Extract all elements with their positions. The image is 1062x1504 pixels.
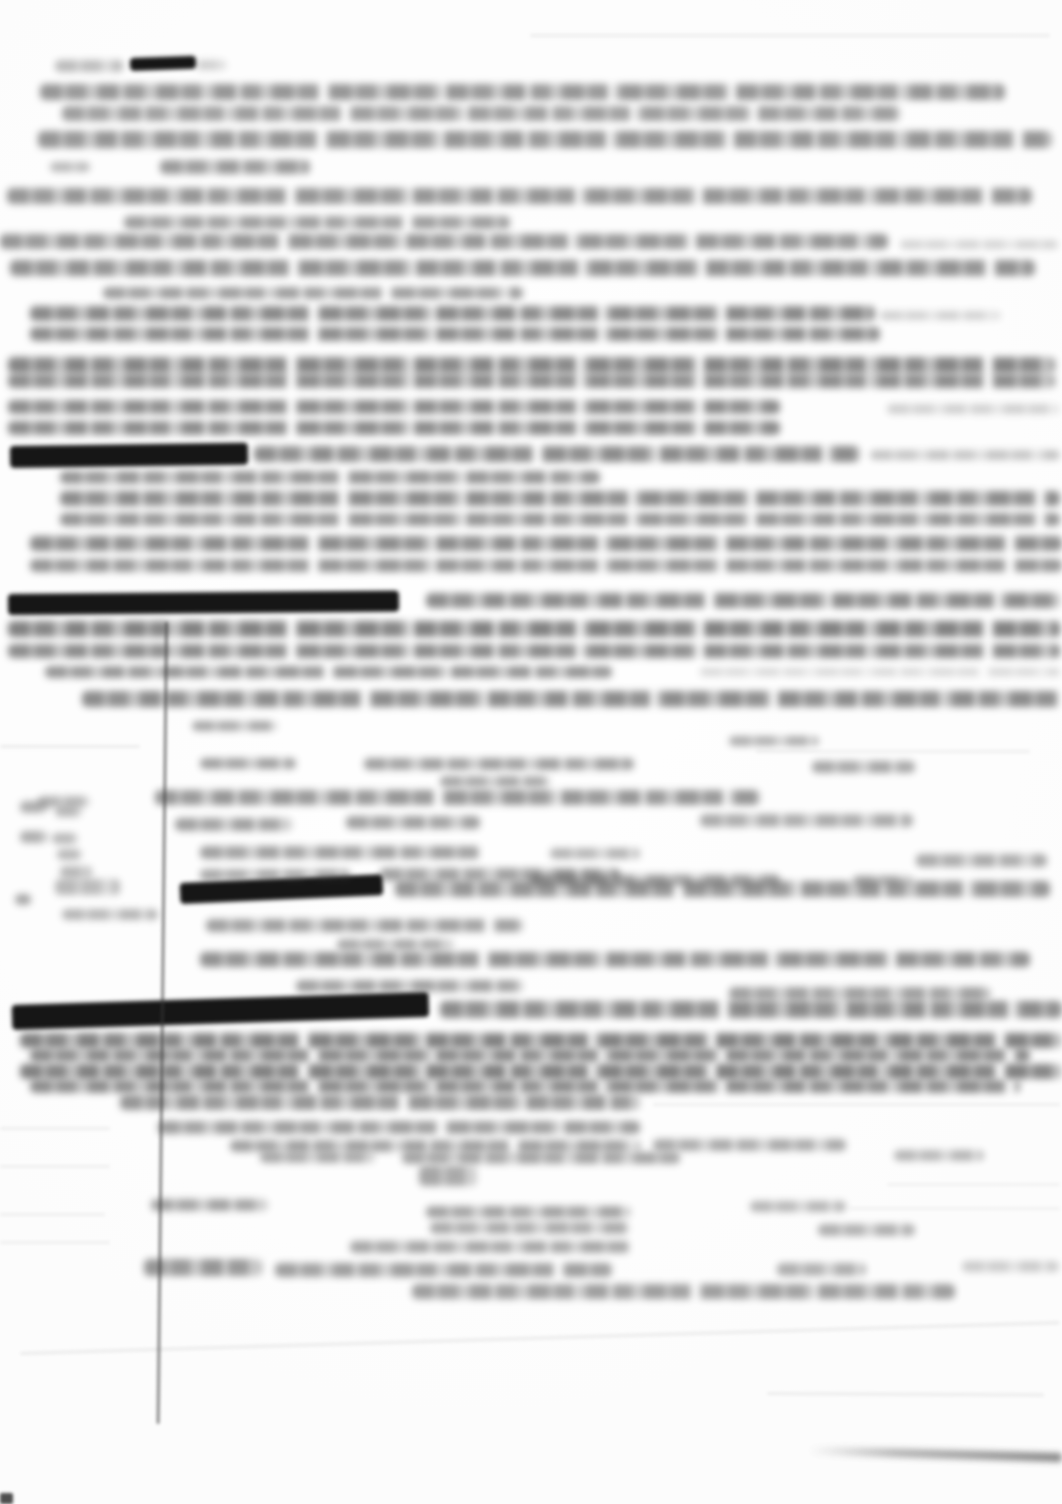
handwriting-line bbox=[550, 848, 640, 859]
handwriting-line bbox=[260, 1152, 375, 1163]
handwriting-line bbox=[350, 1241, 630, 1253]
handwriting-line bbox=[15, 894, 31, 905]
handwriting-line bbox=[870, 450, 1060, 460]
handwriting-line bbox=[230, 1140, 640, 1152]
handwriting-line bbox=[55, 806, 82, 817]
handwriting-line bbox=[62, 909, 158, 920]
handwriting-line bbox=[419, 1166, 477, 1186]
handwriting-line bbox=[8, 400, 780, 414]
faint-rule-line bbox=[20, 1321, 1060, 1355]
handwriting-line bbox=[175, 818, 292, 831]
handwriting-line bbox=[38, 131, 1052, 148]
handwriting-line bbox=[8, 357, 1055, 373]
page-edge-shadow bbox=[808, 1446, 1062, 1462]
handwriting-line bbox=[30, 536, 1062, 551]
handwriting-line bbox=[440, 776, 550, 787]
faint-rule-line bbox=[850, 1207, 1060, 1210]
handwriting-line bbox=[962, 1261, 1059, 1272]
handwriting-line bbox=[8, 421, 780, 435]
handwriting-line bbox=[254, 446, 860, 462]
handwriting-line bbox=[346, 816, 480, 829]
handwriting-line bbox=[30, 1049, 1030, 1062]
handwriting-line bbox=[62, 106, 900, 121]
handwriting-line bbox=[55, 879, 120, 895]
handwriting-line bbox=[158, 1121, 640, 1134]
handwriting-line bbox=[144, 1259, 262, 1276]
handwriting-line bbox=[192, 721, 277, 731]
handwriting-line bbox=[20, 801, 48, 813]
faint-rule-line bbox=[767, 1392, 1044, 1396]
handwriting-line bbox=[60, 513, 1060, 526]
handwriting-line bbox=[55, 60, 123, 72]
handwriting-line bbox=[120, 1095, 640, 1110]
faint-rule-line bbox=[653, 1103, 1060, 1106]
handwriting-line bbox=[20, 831, 48, 843]
handwriting-line bbox=[440, 1001, 1062, 1018]
handwriting-line bbox=[60, 471, 600, 484]
handwriting-line bbox=[729, 987, 990, 1000]
handwriting-line bbox=[103, 287, 523, 299]
faint-rule-line bbox=[0, 1241, 110, 1244]
handwriting-line bbox=[818, 1224, 915, 1236]
handwriting-line bbox=[430, 1222, 630, 1234]
faint-rule-line bbox=[0, 1127, 110, 1130]
handwriting-line bbox=[812, 761, 915, 773]
handwriting-line bbox=[916, 854, 1047, 867]
handwriting-line bbox=[402, 1152, 680, 1164]
handwriting-line bbox=[275, 1263, 612, 1277]
handwriting-line bbox=[151, 1199, 268, 1211]
handwriting-line bbox=[40, 84, 1005, 100]
faint-rule-line bbox=[756, 750, 1030, 753]
handwriting-line bbox=[30, 306, 875, 321]
handwriting-line bbox=[206, 919, 523, 932]
faint-rule-line bbox=[0, 1165, 110, 1168]
page-canvas bbox=[0, 0, 1062, 1504]
handwriting-line bbox=[196, 60, 226, 70]
handwriting-line bbox=[395, 881, 1050, 897]
handwriting-line bbox=[82, 691, 1060, 707]
handwriting-line bbox=[0, 234, 888, 249]
handwriting-line bbox=[777, 1263, 866, 1276]
handwriting-line bbox=[45, 666, 612, 678]
faint-rule-line bbox=[0, 1213, 105, 1216]
handwriting-line bbox=[200, 758, 296, 769]
scanned-notes-page bbox=[0, 0, 1062, 1504]
handwriting-line bbox=[8, 374, 1055, 388]
handwriting-line bbox=[426, 1206, 630, 1218]
handwriting-line bbox=[50, 162, 90, 172]
faint-rule-line bbox=[887, 1183, 1060, 1186]
handwriting-line bbox=[296, 980, 523, 992]
handwriting-line bbox=[30, 327, 880, 341]
handwriting-line bbox=[337, 939, 454, 950]
handwriting-line bbox=[124, 216, 510, 229]
handwriting-line bbox=[160, 160, 310, 174]
redacted-heading-bar bbox=[12, 992, 430, 1030]
handwriting-line bbox=[20, 1064, 1062, 1079]
ink-speck bbox=[0, 1493, 13, 1504]
redacted-heading-bar bbox=[130, 56, 196, 71]
handwriting-line bbox=[200, 952, 1030, 967]
handwriting-line bbox=[155, 790, 760, 805]
handwriting-line bbox=[52, 833, 78, 844]
handwriting-line bbox=[57, 849, 82, 860]
handwriting-line bbox=[20, 1033, 1062, 1048]
handwriting-line bbox=[60, 491, 1060, 506]
handwriting-line bbox=[750, 1201, 846, 1212]
handwriting-line bbox=[30, 1080, 1020, 1093]
handwriting-line bbox=[700, 668, 1060, 676]
handwriting-line bbox=[364, 758, 634, 770]
handwriting-line bbox=[894, 1150, 984, 1161]
handwriting-line bbox=[653, 1139, 846, 1151]
handwriting-line bbox=[60, 866, 92, 878]
handwriting-line bbox=[200, 869, 350, 881]
redacted-heading-bar bbox=[8, 591, 399, 615]
faint-rule-line bbox=[530, 34, 1050, 37]
faint-rule-line bbox=[0, 745, 140, 748]
handwriting-line bbox=[900, 240, 1058, 249]
handwriting-line bbox=[700, 814, 913, 827]
handwriting-line bbox=[412, 1284, 955, 1299]
handwriting-line bbox=[200, 846, 480, 859]
handwriting-line bbox=[887, 404, 1060, 414]
handwriting-line bbox=[880, 311, 1000, 320]
handwriting-line bbox=[729, 736, 819, 746]
handwriting-line bbox=[30, 559, 1062, 572]
handwriting-line bbox=[7, 188, 1032, 204]
redacted-heading-bar bbox=[10, 443, 248, 468]
handwriting-line bbox=[426, 593, 1060, 608]
handwriting-line bbox=[10, 260, 1035, 276]
